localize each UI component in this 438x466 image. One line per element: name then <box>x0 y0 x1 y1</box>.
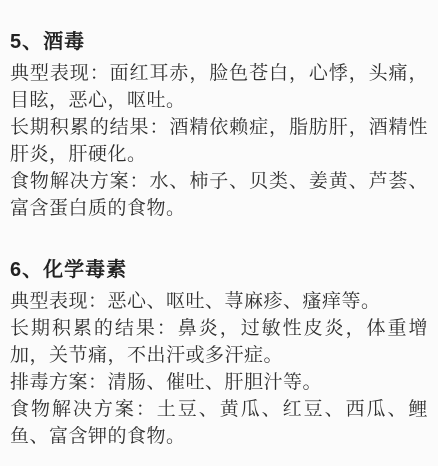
section-heading-chemical-toxins: 6、化学毒素 <box>10 258 428 282</box>
paragraph-typical-symptoms: 典型表现：恶心、呕吐、荨麻疹、瘙痒等。 <box>10 288 428 315</box>
paragraph-typical-symptoms: 典型表现：面红耳赤，脸色苍白，心悸，头痛，目眩，恶心，呕吐。 <box>10 60 428 114</box>
paragraph-long-term-results: 长期积累的结果：鼻炎，过敏性皮炎，体重增加，关节痛，不出汗或多汗症。 <box>10 315 428 369</box>
paragraph-food-solutions: 食物解决方案：土豆、黄瓜、红豆、西瓜、鲤鱼、富含钾的食物。 <box>10 396 428 450</box>
section-alcohol-toxin: 5、酒毒 典型表现：面红耳赤，脸色苍白，心悸，头痛，目眩，恶心，呕吐。 长期积累… <box>10 30 428 222</box>
section-heading-alcohol-toxin: 5、酒毒 <box>10 30 428 54</box>
paragraph-food-solutions: 食物解决方案：水、柿子、贝类、姜黄、芦荟、富含蛋白质的食物。 <box>10 168 428 222</box>
paragraph-long-term-results: 长期积累的结果：酒精依赖症，脂肪肝，酒精性肝炎，肝硬化。 <box>10 114 428 168</box>
section-chemical-toxins: 6、化学毒素 典型表现：恶心、呕吐、荨麻疹、瘙痒等。 长期积累的结果：鼻炎，过敏… <box>10 258 428 450</box>
paragraph-detox-plan: 排毒方案：清肠、催吐、肝胆汁等。 <box>10 369 428 396</box>
document: 5、酒毒 典型表现：面红耳赤，脸色苍白，心悸，头痛，目眩，恶心，呕吐。 长期积累… <box>0 0 438 450</box>
